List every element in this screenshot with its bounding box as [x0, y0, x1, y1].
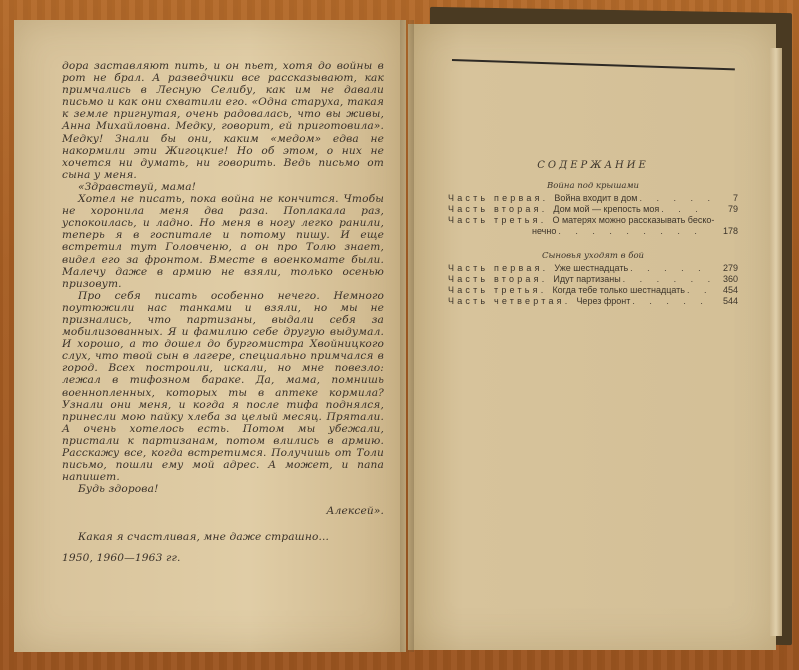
toc-leader-dots: . . . . . . . . . . . . . . . . [628, 263, 712, 274]
toc-part: Часть вторая. [448, 274, 547, 285]
toc-leader-dots: . . . . . . . . . . . . . . . . [685, 285, 712, 296]
toc-part: Часть первая. [448, 263, 548, 274]
toc-chapter-name: Через фронт [576, 296, 630, 307]
toc-part: Часть четвертая. [448, 296, 570, 307]
toc-page-number: 79 [712, 204, 738, 215]
toc-chapter-name: Уже шестнадцать [554, 263, 628, 274]
toc-entry: Часть четвертая. Через фронт . . . . . .… [448, 296, 738, 307]
toc-chapter-name-cont: нечно [532, 226, 556, 237]
toc-leader-dots: . . . . . . . . . . . . . . . . [638, 193, 713, 204]
toc-leader-dots: . . . . . . . . . . . . . . . . [659, 204, 712, 215]
paragraph: Хотел не писать, пока война не кончится.… [62, 193, 384, 290]
toc-title: СОДЕРЖАНИЕ [448, 160, 738, 171]
toc-leader-dots: . . . . . . . . . . . . . . . . [556, 226, 712, 237]
toc-entry: Часть третья. О матерях можно рассказыва… [448, 215, 738, 226]
toc-page-number: 7 [712, 193, 738, 204]
toc-entry: Часть вторая. Дом мой — крепость моя . .… [448, 204, 738, 215]
toc-chapter-name: О матерях можно рассказывать беско- [552, 215, 714, 226]
toc-entry: Часть вторая. Идут партизаны . . . . . .… [448, 274, 738, 285]
toc-leader-dots: . . . . . . . . . . . . . . . . [630, 296, 712, 307]
letter-signature: Алексей». [62, 505, 384, 517]
toc-entry-continuation: нечно . . . . . . . . . . . . . . . . 17… [448, 226, 738, 237]
paragraph: Про себя писать особенно нечего. Немного… [62, 290, 384, 484]
paragraph: дора заставляют пить, и он пьет, хотя до… [62, 60, 384, 181]
toc-chapter-name: Когда тебе только шестнадцать [552, 285, 685, 296]
toc-entry: Часть первая. Война входит в дом . . . .… [448, 193, 738, 204]
paragraph: «Здравствуй, мама! [62, 181, 384, 193]
toc-page-number: 279 [712, 263, 738, 274]
toc-part: Часть первая. [448, 193, 548, 204]
toc-chapter-name: Дом мой — крепость моя [553, 204, 659, 215]
book-gutter [400, 20, 414, 652]
toc-chapter-name: Идут партизаны [553, 274, 620, 285]
toc-leader-dots: . . . . . . . . . . . . . . . . [621, 274, 712, 285]
page-stack-edge [770, 48, 782, 636]
toc-section-title: Сыновья уходят в бой [448, 251, 738, 261]
toc-page-number: 360 [712, 274, 738, 285]
toc-chapter-name: Война входит в дом [554, 193, 637, 204]
toc-page-number: 454 [712, 285, 738, 296]
toc-section-title: Война под крышами [448, 181, 738, 191]
right-page [408, 24, 776, 650]
toc-part: Часть вторая. [448, 204, 547, 215]
toc-part: Часть третья. [448, 285, 546, 296]
paragraph: Будь здорова! [62, 483, 384, 495]
closing-line: Какая я счастливая, мне даже страшно... [62, 531, 384, 543]
left-page-text: дора заставляют пить, и он пьет, хотя до… [62, 60, 384, 564]
toc-page-number: 178 [712, 226, 738, 237]
table-of-contents: СОДЕРЖАНИЕ Война под крышами Часть перва… [448, 160, 738, 307]
dates-line: 1950, 1960—1963 гг. [62, 552, 384, 564]
toc-entry: Часть первая. Уже шестнадцать . . . . . … [448, 263, 738, 274]
toc-part: Часть третья. [448, 215, 546, 226]
toc-page-number: 544 [712, 296, 738, 307]
toc-entry: Часть третья. Когда тебе только шестнадц… [448, 285, 738, 296]
